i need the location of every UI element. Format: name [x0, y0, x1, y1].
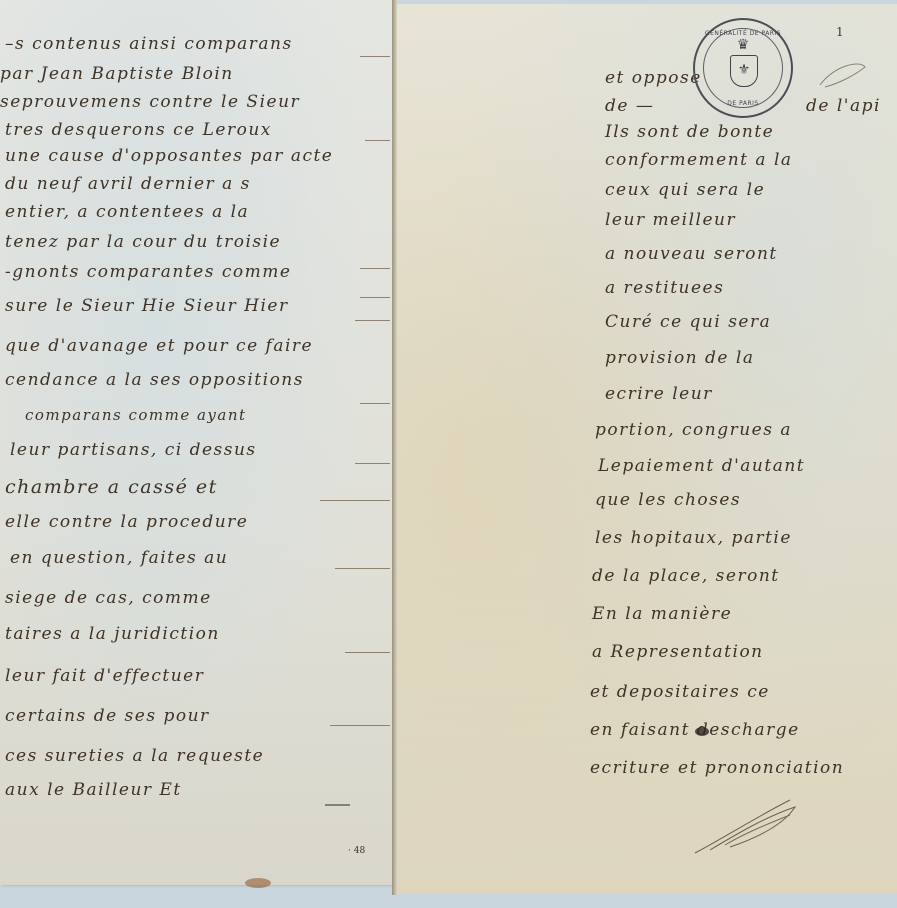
right-line-3: Ils sont de bonte	[605, 122, 774, 142]
right-line-21: ecriture et prononciation	[590, 758, 844, 778]
seal-text-top: GÉNÉRALITÉ DE PARIS	[695, 30, 791, 37]
right-line-4: conformement a la	[605, 150, 793, 170]
left-line-11: que d'avanage et pour ce faire	[5, 336, 313, 356]
line-fill-dash	[345, 652, 390, 653]
left-line-8: tenez par la cour du troisie	[5, 232, 281, 252]
line-fill-dash	[360, 297, 390, 298]
right-line-12: portion, congrues a	[595, 420, 792, 440]
left-line-16: elle contre la procedure	[5, 512, 248, 532]
left-line-2: par Jean Baptiste Bloin	[0, 64, 234, 84]
left-line-14: leur partisans, ci dessus	[10, 440, 257, 460]
right-line-9: Curé ce qui sera	[605, 312, 771, 332]
line-fill-dash	[360, 56, 390, 57]
right-page-mark: 1	[836, 25, 844, 39]
left-line-20: leur fait d'effectuer	[5, 666, 204, 686]
line-fill-dash	[335, 568, 390, 569]
left-line-23: aux le Bailleur Et	[5, 780, 182, 800]
right-line-2: de —	[605, 96, 654, 116]
left-line-9: -gnonts comparantes comme	[5, 262, 291, 282]
left-line-6: du neuf avril dernier a s	[5, 174, 251, 194]
line-fill-dash	[360, 403, 390, 404]
right-line-2-end: de l'api	[806, 96, 881, 116]
left-line-18: siege de cas, comme	[5, 588, 212, 608]
left-line-1: –s contenus ainsi comparans	[5, 34, 293, 54]
right-line-8: a restituees	[605, 278, 724, 298]
left-line-22: ces sureties a la requeste	[5, 746, 264, 766]
line-fill-dash	[365, 140, 390, 141]
left-line-15: chambre a cassé et	[5, 476, 218, 498]
ink-blot	[695, 727, 709, 736]
right-line-18: a Representation	[592, 642, 764, 662]
left-line-13: comparans comme ayant	[25, 406, 247, 424]
left-line-5: une cause d'opposantes par acte	[5, 146, 333, 166]
left-line-4: tres desquerons ce Leroux	[5, 120, 272, 140]
left-line-7: entier, a contentees a la	[5, 202, 249, 222]
right-line-14: que les choses	[595, 490, 741, 510]
line-fill-dash	[320, 500, 390, 501]
paraph-flourish-icon	[815, 55, 875, 95]
left-line-10: sure le Sieur Hie Sieur Hier	[5, 296, 289, 316]
fleur-de-lis-icon: ⚜	[730, 55, 758, 87]
right-line-5: ceux qui sera le	[605, 180, 765, 200]
right-line-16: de la place, seront	[592, 566, 780, 586]
page-fold	[392, 0, 397, 895]
right-line-15: les hopitaux, partie	[595, 528, 792, 548]
left-line-3: seprouvemens contre le Sieur	[0, 92, 300, 112]
right-line-11: ecrire leur	[605, 384, 713, 404]
seal-text-bottom: DE PARIS	[695, 100, 791, 107]
line-fill-dash	[355, 463, 390, 464]
right-line-7: a nouveau seront	[605, 244, 778, 264]
line-fill-dash	[325, 804, 350, 806]
right-line-19: et depositaires ce	[590, 682, 770, 702]
right-line-1: et oppose	[605, 68, 702, 88]
right-line-17: En la manière	[592, 604, 732, 624]
ink-stain	[245, 878, 271, 888]
left-line-21: certains de ses pour	[5, 706, 210, 726]
left-line-19: taires a la juridiction	[5, 624, 220, 644]
line-fill-dash	[355, 320, 390, 321]
line-fill-dash	[330, 725, 390, 726]
royal-seal-icon: GÉNÉRALITÉ DE PARIS ♛ ⚜ DE PARIS	[693, 18, 793, 118]
right-line-13: Lepaiement d'autant	[598, 456, 805, 476]
crown-icon: ♛	[728, 38, 758, 52]
right-line-10: provision de la	[605, 348, 754, 368]
left-page-mark: · 48	[348, 846, 365, 856]
line-fill-dash	[360, 268, 390, 269]
left-line-17: en question, faites au	[10, 548, 228, 568]
left-line-12: cendance a la ses oppositions	[5, 370, 304, 390]
signature-flourish-icon	[690, 795, 810, 855]
right-line-6: leur meilleur	[605, 210, 736, 230]
